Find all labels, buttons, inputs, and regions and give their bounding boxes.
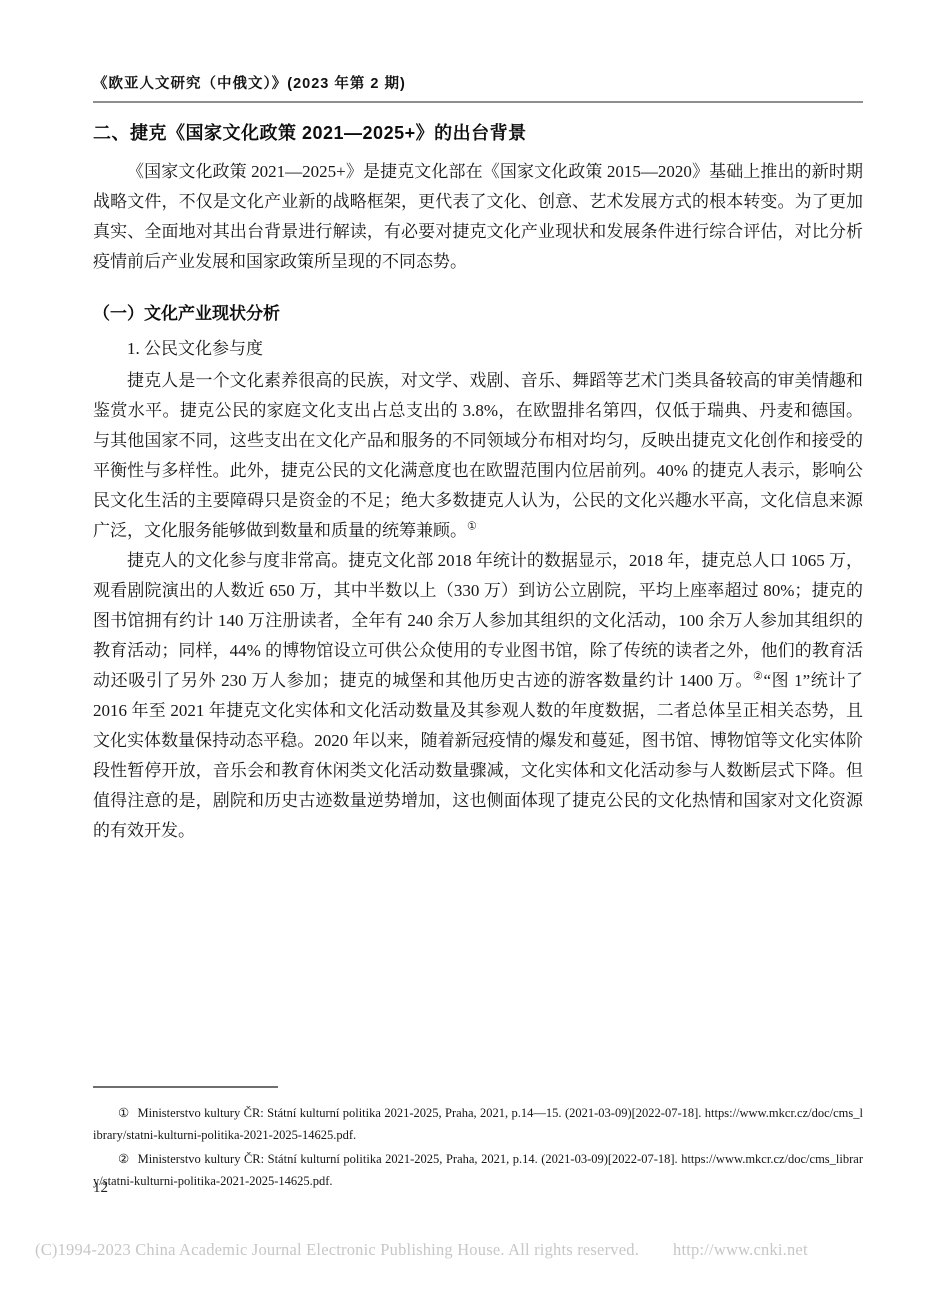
paragraph-statistics: 捷克人的文化参与度非常高。捷克文化部 2018 年统计的数据显示，2018 年，… <box>93 546 863 846</box>
paragraph-participation: 捷克人是一个文化素养很高的民族，对文学、戏剧、音乐、舞蹈等艺术门类具备较高的审美… <box>93 366 863 546</box>
footnote-text-2: Ministerstvo kultury ČR: Státní kulturní… <box>93 1152 863 1188</box>
watermark-url: http://www.cnki.net <box>673 1240 808 1260</box>
journal-title: 《欧亚人文研究（中俄文）》(2023 年第 2 期) <box>93 72 863 101</box>
footnote-item-2: ②Ministerstvo kultury ČR: Státní kulturn… <box>93 1148 863 1192</box>
footnotes-section: ①Ministerstvo kultury ČR: Státní kulturn… <box>93 1086 863 1194</box>
paragraph-statistics-part1: 捷克人的文化参与度非常高。捷克文化部 2018 年统计的数据显示，2018 年，… <box>93 551 863 690</box>
section-heading: 二、捷克《国家文化政策 2021—2025+》的出台背景 <box>93 119 863 145</box>
footnote-divider <box>93 1086 278 1088</box>
paragraph-statistics-part2: “图 1”统计了 2016 年至 2021 年捷克文化实体和文化活动数量及其参观… <box>93 671 863 840</box>
intro-paragraph: 《国家文化政策 2021—2025+》是捷克文化部在《国家文化政策 2015—2… <box>93 157 863 277</box>
footnote-ref-2: ② <box>753 670 763 682</box>
copyright-watermark: (C)1994-2023 China Academic Journal Elec… <box>35 1240 915 1260</box>
subsection-heading: （一）文化产业现状分析 <box>93 299 863 324</box>
page-number: 12 <box>93 1180 108 1197</box>
copyright-text: (C)1994-2023 China Academic Journal Elec… <box>35 1240 639 1260</box>
footnote-marker-2: ② <box>118 1152 130 1166</box>
footnote-item-1: ①Ministerstvo kultury ČR: Státní kulturn… <box>93 1102 863 1146</box>
page-content: 《欧亚人文研究（中俄文）》(2023 年第 2 期) 二、捷克《国家文化政策 2… <box>93 72 863 846</box>
footnote-text-1: Ministerstvo kultury ČR: Státní kulturní… <box>93 1106 863 1142</box>
document-page: { "header": { "journal_title": "《欧亚人文研究（… <box>0 0 950 1290</box>
header-rule <box>93 101 863 103</box>
footnote-marker-1: ① <box>118 1106 130 1120</box>
paragraph-participation-text: 捷克人是一个文化素养很高的民族，对文学、戏剧、音乐、舞蹈等艺术门类具备较高的审美… <box>93 371 863 540</box>
list-heading: 1. 公民文化参与度 <box>93 334 863 364</box>
footnote-ref-1: ① <box>467 520 477 532</box>
